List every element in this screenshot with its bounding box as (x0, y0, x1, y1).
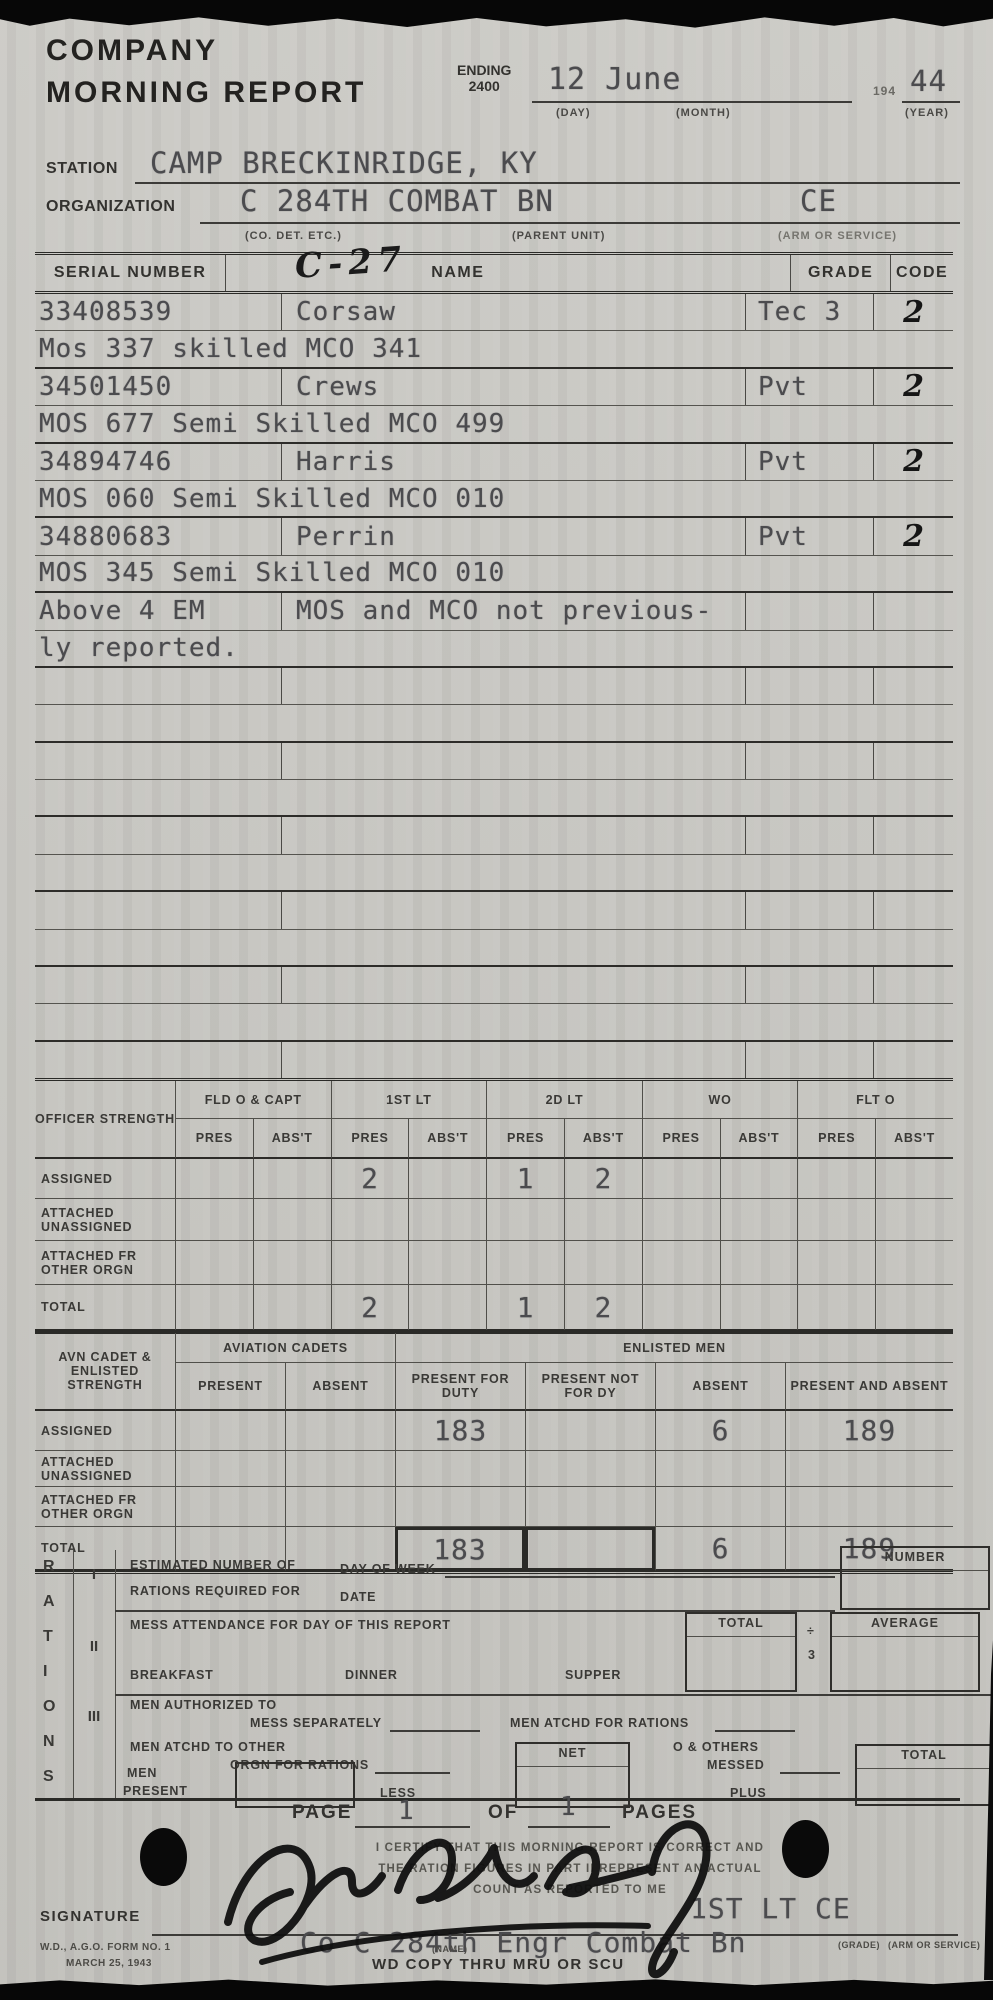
roster-row: 34880683PerrinPvt2 (35, 518, 953, 555)
strength-cell (655, 1451, 785, 1487)
sub-header: PRES (797, 1119, 875, 1159)
roster-cell-code (873, 967, 953, 1003)
page-label: PAGE (292, 1802, 352, 1824)
strength-cell (642, 1241, 720, 1285)
roster-cell-serial: 34894746 (35, 444, 281, 480)
roster-cell-full (35, 1004, 953, 1039)
officer-strength-table: OFFICER STRENGTHFLD O & CAPT1ST LT2D LTW… (35, 1078, 953, 1334)
organization-label: ORGANIZATION (46, 198, 176, 216)
strength-cell: 2 (331, 1285, 409, 1331)
number-box: NUMBER (840, 1546, 990, 1610)
roster-value-grade: Pvt (758, 522, 808, 552)
roster-cell-serial: 34501450 (35, 369, 281, 405)
scan-border-bottom (0, 1976, 993, 2000)
sub-header: PRES (642, 1119, 720, 1159)
men-authorized-label: MEN AUTHORIZED TO (130, 1698, 277, 1712)
group-header: AVIATION CADETS (175, 1333, 395, 1363)
roster-value-serial: Above 4 EM (39, 596, 206, 626)
strength-cell: 189 (785, 1411, 953, 1451)
strength-cell (525, 1451, 655, 1487)
strength-cell: 2 (564, 1285, 642, 1331)
roster-value-serial: 33408539 (39, 297, 172, 327)
roster-cell-grade: Pvt (745, 444, 873, 480)
strength-cell: 183 (395, 1411, 525, 1451)
strength-cell (564, 1241, 642, 1285)
strength-cell (720, 1199, 798, 1241)
men-atchd-rations-label: MEN ATCHD FOR RATIONS (510, 1716, 689, 1730)
strength-value: 2 (594, 1162, 612, 1195)
strength-cell (285, 1411, 395, 1451)
co-det-label: (CO. DET. ETC.) (245, 230, 342, 242)
strength-cell (285, 1451, 395, 1487)
men-present-label-1: MEN (127, 1766, 157, 1780)
strength-cell (797, 1285, 875, 1331)
roster-cell-serial (35, 668, 281, 704)
ending-word: ENDING (457, 62, 511, 78)
sub-header: ABSENT (655, 1363, 785, 1411)
roster-row (35, 855, 953, 892)
rations-letter: T (43, 1628, 53, 1646)
strength-cell (175, 1411, 285, 1451)
roster-cell-grade (745, 593, 873, 629)
strength-cell (720, 1159, 798, 1199)
roster-value-code: 2 (903, 444, 924, 479)
roster-cell-name: Harris (281, 444, 745, 480)
col-serial-number: SERIAL NUMBER (35, 255, 225, 291)
rations-letter: O (43, 1698, 55, 1716)
roster-row: 34894746HarrisPvt2 (35, 444, 953, 481)
strength-cell (797, 1159, 875, 1199)
sub-header: ABS'T (564, 1119, 642, 1159)
roster-row: 34501450CrewsPvt2 (35, 369, 953, 406)
strength-cell (331, 1199, 409, 1241)
group-header: FLT O (797, 1081, 953, 1119)
sec1-line1: ESTIMATED NUMBER OF (130, 1558, 296, 1572)
roster-row (35, 705, 953, 742)
net-label: NET (517, 1746, 628, 1760)
strength-cell (486, 1199, 564, 1241)
strength-cell: 2 (564, 1159, 642, 1199)
strength-cell (655, 1487, 785, 1527)
roster-value-full: MOS 060 Semi Skilled MCO 010 (39, 484, 505, 514)
roster-row: MOS 345 Semi Skilled MCO 010 (35, 556, 953, 593)
strength-cell (642, 1159, 720, 1199)
sub-header: ABS'T (720, 1119, 798, 1159)
strength-cell (253, 1285, 331, 1331)
signature-label: SIGNATURE (40, 1908, 141, 1925)
divide-sign: ÷ (807, 1624, 815, 1638)
sub-header: ABS'T (408, 1119, 486, 1159)
roster-cell-name: Perrin (281, 518, 745, 554)
page-number: 1 (398, 1796, 415, 1826)
row-label: ATTACHED FR OTHER ORGN (35, 1487, 175, 1527)
messed-label: MESSED (707, 1758, 765, 1772)
roster-cell-name (281, 817, 745, 853)
roster-cell-name (281, 1042, 745, 1078)
roster-cell-serial (35, 967, 281, 1003)
strength-cell (331, 1241, 409, 1285)
row-label: ATTACHED UNASSIGNED (35, 1199, 175, 1241)
strength-cell (408, 1285, 486, 1331)
roster-cell-serial (35, 743, 281, 779)
strength-cell (875, 1285, 953, 1331)
name-label: (NAME) (432, 1944, 468, 1954)
roster-cell-name (281, 743, 745, 779)
strength-cell (525, 1411, 655, 1451)
roster-cell-code: 2 (873, 444, 953, 480)
strength-cell (564, 1199, 642, 1241)
strength-cell: 1 (486, 1285, 564, 1331)
strength-value: 1 (517, 1291, 535, 1324)
mess-total-label: TOTAL (687, 1616, 795, 1630)
roster-table: SERIAL NUMBER NAME GRADE CODE C-27 33408… (35, 252, 953, 1079)
strength-cell (785, 1487, 953, 1527)
strength-cell (797, 1241, 875, 1285)
strength-cell (875, 1199, 953, 1241)
roster-cell-name: MOS and MCO not previous- (281, 593, 745, 629)
scan-edge-right (983, 1640, 993, 1980)
group-header: 1ST LT (331, 1081, 487, 1119)
row-label: ASSIGNED (35, 1159, 175, 1199)
sub-header: PRES (331, 1119, 409, 1159)
roster-row (35, 930, 953, 967)
station-label: STATION (46, 160, 118, 178)
handwritten-annotation: C-27 (294, 239, 409, 287)
year-label: (YEAR) (905, 107, 949, 119)
roster-row (35, 743, 953, 780)
roster-row: ly reported. (35, 631, 953, 668)
row-label: ATTACHED FR OTHER ORGN (35, 1241, 175, 1285)
strength-cell (408, 1159, 486, 1199)
mess-total-box: TOTAL (685, 1612, 797, 1692)
arm-service-label: (ARM OR SERVICE) (778, 230, 897, 242)
day-label: (DAY) (556, 107, 591, 119)
strength-cell (720, 1241, 798, 1285)
pages-number: 1 (560, 1792, 577, 1822)
group-header: 2D LT (486, 1081, 642, 1119)
station-entry: CAMP BRECKINRIDGE, KY (150, 146, 538, 180)
roster-cell-full: MOS 677 Semi Skilled MCO 499 (35, 406, 953, 441)
rations-sec1-num: I (77, 1566, 111, 1583)
strength-cell (395, 1451, 525, 1487)
mess-separately-label: MESS SEPARATELY (250, 1716, 382, 1730)
roster-row: Above 4 EMMOS and MCO not previous- (35, 593, 953, 630)
roster-row: 33408539CorsawTec 32 (35, 294, 953, 331)
strength-cell (285, 1487, 395, 1527)
signed-grade-entry: 1ST LT CE (690, 1892, 851, 1925)
roster-value-code: 2 (903, 369, 924, 404)
dinner-label: DINNER (345, 1668, 398, 1682)
roster-cell-grade (745, 668, 873, 704)
year-prefix: 194 (873, 84, 896, 98)
roster-value-code: 2 (903, 295, 924, 330)
strength-value: 183 (434, 1414, 488, 1447)
strength-cell (253, 1159, 331, 1199)
roster-value-name: Corsaw (296, 297, 396, 327)
strength-cell (785, 1451, 953, 1487)
men-present-label-2: PRESENT (123, 1784, 188, 1798)
roster-cell-full: MOS 345 Semi Skilled MCO 010 (35, 556, 953, 591)
roster-cell-full: MOS 060 Semi Skilled MCO 010 (35, 481, 953, 516)
page-title-line1: COMPANY (46, 34, 218, 68)
roster-cell-name (281, 892, 745, 928)
grade-label: (GRADE) (838, 1940, 880, 1950)
roster-cell-code (873, 892, 953, 928)
year-entry: 44 (910, 64, 947, 98)
roster-cell-grade (745, 892, 873, 928)
average-box: AVERAGE (830, 1612, 980, 1692)
roster-cell-grade (745, 1042, 873, 1078)
strength-value: 2 (594, 1291, 612, 1324)
sub-header: ABS'T (253, 1119, 331, 1159)
roster-cell-serial (35, 817, 281, 853)
strength-cell (486, 1241, 564, 1285)
roster-cell-grade: Tec 3 (745, 294, 873, 330)
roster-cell-serial: 33408539 (35, 294, 281, 330)
o-and-others-label: O & OTHERS (673, 1740, 759, 1754)
roster-value-name: Perrin (296, 522, 396, 552)
roster-cell-name (281, 668, 745, 704)
roster-cell-code: 2 (873, 518, 953, 554)
roster-cell-code: 2 (873, 369, 953, 405)
organization-entry: C 284TH COMBAT BN (240, 184, 554, 218)
rations-total-box: TOTAL (855, 1744, 993, 1806)
roster-cell-full (35, 705, 953, 740)
roster-cell-code (873, 743, 953, 779)
strength-value: 2 (361, 1162, 379, 1195)
roster-row: Mos 337 skilled MCO 341 (35, 331, 953, 368)
day-of-week-label: DAY OF WEEK (340, 1562, 436, 1576)
group-header: FLD O & CAPT (175, 1081, 331, 1119)
roster-row: MOS 060 Semi Skilled MCO 010 (35, 481, 953, 518)
date-label: DATE (340, 1590, 376, 1604)
strength-cell (395, 1487, 525, 1527)
roster-row (35, 892, 953, 929)
rations-letter: I (43, 1663, 47, 1681)
roster-value-name: MOS and MCO not previous- (296, 596, 712, 626)
page-title-line2: MORNING REPORT (46, 76, 366, 110)
strength-cell (875, 1159, 953, 1199)
hole-punch-right (782, 1820, 829, 1878)
sub-header: PRESENT (175, 1363, 285, 1411)
date-entry: 12 June (548, 62, 681, 97)
roster-cell-code: 2 (873, 294, 953, 330)
roster-value-grade: Pvt (758, 447, 808, 477)
divide-three: 3 (808, 1648, 816, 1662)
roster-value-code: 2 (903, 519, 924, 554)
roster-cell-full (35, 855, 953, 890)
strength-cell (175, 1451, 285, 1487)
roster-cell-grade: Pvt (745, 369, 873, 405)
sub-header: PRESENT NOT FOR DY (525, 1363, 655, 1411)
ending-label: ENDING 2400 (457, 62, 511, 94)
roster-cell-full: Mos 337 skilled MCO 341 (35, 331, 953, 366)
strength-cell: 6 (655, 1411, 785, 1451)
roster-cell-code (873, 593, 953, 629)
roster-value-name: Crews (296, 372, 379, 402)
roster-row (35, 1004, 953, 1041)
parent-unit-label: (PARENT UNIT) (512, 230, 605, 242)
roster-header: SERIAL NUMBER NAME GRADE CODE C-27 (35, 252, 953, 294)
signed-org-entry: Co C 284th Engr Combat Bn (300, 1926, 746, 1959)
sub-header: PRES (175, 1119, 253, 1159)
roster-value-serial: 34894746 (39, 447, 172, 477)
morning-report-scan: COMPANY MORNING REPORT ENDING 2400 12 Ju… (0, 0, 993, 2000)
roster-value-full: Mos 337 skilled MCO 341 (39, 334, 422, 364)
enlisted-strength-table: AVN CADET & ENLISTED STRENGTHAVIATION CA… (35, 1330, 953, 1574)
mess-attendance-label: MESS ATTENDANCE FOR DAY OF THIS REPORT (130, 1618, 451, 1632)
number-box-label: NUMBER (842, 1550, 988, 1564)
strength-cell (253, 1199, 331, 1241)
strength-cell (253, 1241, 331, 1285)
roster-cell-name: Corsaw (281, 294, 745, 330)
strength-cell (525, 1487, 655, 1527)
wd-copy-note: WD COPY THRU MRU OR SCU (372, 1956, 625, 1973)
month-label: (MONTH) (676, 107, 731, 119)
strength-cell (642, 1199, 720, 1241)
roster-cell-full (35, 780, 953, 815)
roster-value-name: Harris (296, 447, 396, 477)
strength-cell (720, 1285, 798, 1331)
supper-label: SUPPER (565, 1668, 621, 1682)
table-title: AVN CADET & ENLISTED STRENGTH (35, 1333, 175, 1411)
strength-value: 2 (361, 1291, 379, 1324)
rations-sec3-num: III (77, 1708, 111, 1725)
arm-service-entry: CE (800, 184, 837, 218)
roster-cell-serial: Above 4 EM (35, 593, 281, 629)
roster-value-serial: 34880683 (39, 522, 172, 552)
roster-cell-serial (35, 892, 281, 928)
row-label: ATTACHED UNASSIGNED (35, 1451, 175, 1487)
roster-rows: 33408539CorsawTec 32Mos 337 skilled MCO … (35, 294, 953, 1079)
breakfast-label: BREAKFAST (130, 1668, 214, 1682)
strength-cell (408, 1241, 486, 1285)
strength-value: 1 (517, 1162, 535, 1195)
rations-letter: A (43, 1593, 55, 1611)
roster-cell-full: ly reported. (35, 631, 953, 666)
rations-total-label: TOTAL (857, 1748, 991, 1762)
rations-section: RATIONS I ESTIMATED NUMBER OF RATIONS RE… (35, 1550, 960, 1800)
group-header: ENLISTED MEN (395, 1333, 953, 1363)
sub-header: PRESENT FOR DUTY (395, 1363, 525, 1411)
strength-value: 6 (712, 1414, 730, 1447)
roster-row: MOS 677 Semi Skilled MCO 499 (35, 406, 953, 443)
rations-letter: N (43, 1733, 55, 1751)
sub-header: PRES (486, 1119, 564, 1159)
sub-header: PRESENT AND ABSENT (785, 1363, 953, 1411)
strength-cell (175, 1159, 253, 1199)
roster-value-full: MOS 677 Semi Skilled MCO 499 (39, 409, 505, 439)
ending-2400: 2400 (457, 78, 511, 94)
strength-cell (797, 1199, 875, 1241)
strength-cell: 1 (486, 1159, 564, 1199)
roster-value-serial: 34501450 (39, 372, 172, 402)
average-label: AVERAGE (832, 1616, 978, 1630)
scan-border-top (0, 0, 993, 30)
arm-label: (ARM OR SERVICE) (888, 1940, 980, 1950)
group-header: WO (642, 1081, 798, 1119)
row-label: ASSIGNED (35, 1411, 175, 1451)
row-label: TOTAL (35, 1285, 175, 1331)
col-grade: GRADE (790, 255, 890, 291)
col-code: CODE (890, 255, 953, 291)
rations-letter: R (43, 1558, 55, 1576)
strength-cell: 2 (331, 1159, 409, 1199)
roster-cell-serial (35, 1042, 281, 1078)
form-date: MARCH 25, 1943 (66, 1958, 152, 1969)
rations-letter: S (43, 1768, 54, 1786)
roster-row (35, 1042, 953, 1079)
roster-row (35, 967, 953, 1004)
form-number: W.D., A.G.O. FORM NO. 1 (40, 1942, 171, 1953)
roster-row (35, 780, 953, 817)
pages-label: PAGES (622, 1802, 697, 1824)
men-atchd-other-label: MEN ATCHD TO OTHER (130, 1740, 286, 1754)
table-title: OFFICER STRENGTH (35, 1081, 175, 1159)
sub-header: ABS'T (875, 1119, 953, 1159)
strength-cell (875, 1241, 953, 1285)
strength-cell (175, 1487, 285, 1527)
roster-cell-grade (745, 967, 873, 1003)
roster-cell-full (35, 930, 953, 965)
roster-cell-name: Crews (281, 369, 745, 405)
roster-value-grade: Pvt (758, 372, 808, 402)
rations-sec2-num: II (77, 1638, 111, 1655)
roster-value-full: MOS 345 Semi Skilled MCO 010 (39, 558, 505, 588)
roster-cell-serial: 34880683 (35, 518, 281, 554)
strength-cell (642, 1285, 720, 1331)
roster-cell-name (281, 967, 745, 1003)
roster-cell-grade (745, 817, 873, 853)
roster-cell-grade: Pvt (745, 518, 873, 554)
strength-cell (175, 1241, 253, 1285)
roster-value-grade: Tec 3 (758, 297, 841, 327)
roster-row (35, 817, 953, 854)
roster-row (35, 668, 953, 705)
roster-cell-grade (745, 743, 873, 779)
strength-value: 189 (843, 1414, 897, 1447)
sec1-line2: RATIONS REQUIRED FOR (130, 1584, 301, 1598)
strength-cell (175, 1285, 253, 1331)
sub-header: ABSENT (285, 1363, 395, 1411)
strength-cell (408, 1199, 486, 1241)
roster-cell-code (873, 668, 953, 704)
hole-punch-left (140, 1828, 187, 1886)
roster-cell-code (873, 817, 953, 853)
roster-value-full: ly reported. (39, 633, 239, 663)
of-label: OF (488, 1802, 518, 1824)
roster-cell-code (873, 1042, 953, 1078)
strength-cell (175, 1199, 253, 1241)
